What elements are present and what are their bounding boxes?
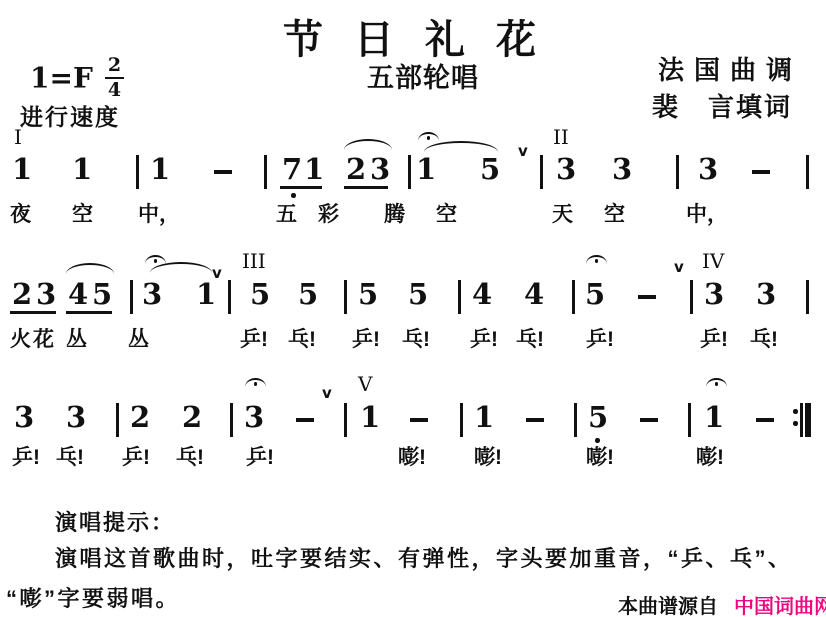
- lyric-text: 嘭!: [398, 447, 426, 468]
- note: 1: [12, 155, 32, 184]
- barline: [136, 155, 139, 189]
- voice-entry-number: IV: [702, 251, 724, 271]
- performance-tips-line1: 演唱这首歌曲时，吐字要结实、有弹性，字头要加重音，“乒、乓”、: [55, 542, 793, 573]
- dash-mark: [640, 418, 658, 422]
- lyric-text: 空: [72, 204, 93, 225]
- barline: [116, 403, 119, 437]
- note: 3: [612, 155, 632, 184]
- barline: [690, 280, 693, 314]
- lyric-text: 丛: [128, 329, 149, 350]
- lyric-text: 乒!: [352, 329, 380, 350]
- note: 7: [282, 155, 302, 184]
- note: 5: [585, 280, 605, 309]
- voice-entry-number: I: [14, 127, 22, 147]
- lyric-text: 乒!: [12, 447, 40, 468]
- note: 3: [556, 155, 576, 184]
- barline: [458, 280, 461, 314]
- lyric-text: 乒!: [470, 329, 498, 350]
- lyric-text: 乓!: [176, 447, 204, 468]
- barline: [572, 280, 575, 314]
- lyric-text: 空: [604, 204, 625, 225]
- note: 5: [298, 280, 318, 309]
- lyric-text: 乓!: [56, 447, 84, 468]
- lyric-text: 乓!: [516, 329, 544, 350]
- slur-icon: [66, 263, 114, 274]
- lyric-text: 中，: [138, 204, 180, 225]
- barline: [460, 403, 463, 437]
- lyric-text: 花: [33, 329, 54, 350]
- dash-mark: [526, 418, 544, 422]
- source-site-link[interactable]: 中国词曲网: [734, 596, 826, 617]
- note: 5: [250, 280, 270, 309]
- slur-icon: [424, 141, 498, 152]
- eighth-underline: [10, 311, 56, 314]
- slur-icon: [344, 139, 392, 150]
- note: 5: [358, 280, 378, 309]
- eighth-underline: [66, 311, 112, 314]
- barline: [344, 403, 347, 437]
- note: 1: [474, 403, 494, 432]
- eighth-underline: [280, 186, 322, 189]
- lyric-text: 夜: [10, 204, 31, 225]
- fermata-icon: [418, 132, 439, 141]
- note: 1: [416, 155, 436, 184]
- note: 1: [72, 155, 92, 184]
- barline: [676, 155, 679, 189]
- lyric-text: 乒!: [240, 329, 268, 350]
- note: 4: [472, 280, 492, 309]
- note: 1: [304, 155, 324, 184]
- dash-mark: [752, 170, 770, 174]
- lyric-text: 乓!: [750, 329, 778, 350]
- barline: [574, 403, 577, 437]
- voice-entry-number: II: [553, 127, 569, 147]
- barline: [806, 280, 809, 314]
- dash-mark: [410, 418, 428, 422]
- lyric-text: 空: [436, 204, 457, 225]
- lyric-text: 中，: [686, 204, 728, 225]
- breath-mark-icon: v: [322, 386, 332, 401]
- lyric-text: 嘭!: [696, 447, 724, 468]
- note: 3: [244, 403, 264, 432]
- dash-mark: [756, 418, 774, 422]
- repeat-dot: [793, 421, 798, 426]
- dash-mark: [638, 295, 656, 299]
- note: 4: [68, 280, 88, 309]
- fermata-icon: [145, 255, 166, 264]
- barline: [230, 403, 233, 437]
- lyric-text: 嘭!: [586, 447, 614, 468]
- note: 4: [524, 280, 544, 309]
- lyric-text: 乒!: [586, 329, 614, 350]
- note: 3: [14, 403, 34, 432]
- note: 3: [756, 280, 776, 309]
- voice-entry-number: V: [358, 374, 372, 394]
- note: 3: [36, 280, 56, 309]
- breath-mark-icon: v: [674, 260, 684, 275]
- note: 2: [346, 155, 366, 184]
- note: 2: [130, 403, 150, 432]
- note: 2: [12, 280, 32, 309]
- lyric-text: 乒!: [122, 447, 150, 468]
- lyric-text: 乒!: [700, 329, 728, 350]
- note: 3: [698, 155, 718, 184]
- barline: [344, 280, 347, 314]
- barline: [540, 155, 543, 189]
- performance-tips-line2: “嘭”字要弱唱。: [6, 582, 180, 613]
- breath-mark-icon: v: [518, 144, 528, 159]
- voice-entry-number: III: [242, 251, 266, 271]
- lyric-text: 乓!: [288, 329, 316, 350]
- octave-dot: [291, 193, 296, 198]
- note: 1: [196, 280, 216, 309]
- barline: [228, 280, 231, 314]
- note: 5: [408, 280, 428, 309]
- score-area: I111712315vII333夜空中，五彩腾空天空中，234531vIII55…: [0, 0, 826, 500]
- octave-dot: [595, 438, 600, 443]
- note: 3: [66, 403, 86, 432]
- barline: [806, 155, 809, 189]
- note: 1: [360, 403, 380, 432]
- dash-mark: [214, 170, 232, 174]
- barline: [408, 155, 411, 189]
- note: 3: [704, 280, 724, 309]
- note: 3: [142, 280, 162, 309]
- dash-mark: [296, 418, 314, 422]
- source-prefix: 本曲谱源自: [618, 596, 718, 617]
- note: 2: [182, 403, 202, 432]
- eighth-underline: [344, 186, 388, 189]
- lyric-text: 乒!: [246, 447, 274, 468]
- lyric-text: 火: [10, 329, 31, 350]
- breath-mark-icon: v: [212, 266, 222, 281]
- barline: [805, 403, 811, 437]
- barline: [264, 155, 267, 189]
- fermata-icon: [586, 255, 607, 264]
- source-attribution: 本曲谱源自中国词曲网: [618, 590, 826, 617]
- note: 5: [480, 155, 500, 184]
- note: 1: [150, 155, 170, 184]
- lyric-text: 嘭!: [474, 447, 502, 468]
- note: 5: [588, 403, 608, 432]
- performance-tips-heading: 演唱提示：: [55, 506, 175, 537]
- lyric-text: 乓!: [402, 329, 430, 350]
- fermata-icon: [245, 378, 266, 387]
- note: 5: [92, 280, 112, 309]
- sheet-music-page: 节日礼花 五部轮唱 法国曲调 裴 言填词 1=F24 进行速度 I1117123…: [0, 0, 826, 617]
- lyric-text: 天: [552, 204, 573, 225]
- lyric-text: 五: [276, 204, 297, 225]
- repeat-dot: [793, 409, 798, 414]
- lyric-text: 丛: [66, 329, 87, 350]
- lyric-text: 彩: [318, 204, 339, 225]
- note: 3: [370, 155, 390, 184]
- note: 1: [704, 403, 724, 432]
- barline: [688, 403, 691, 437]
- barline: [130, 280, 133, 314]
- barline: [800, 403, 803, 437]
- lyric-text: 腾: [384, 204, 405, 225]
- fermata-icon: [706, 378, 727, 387]
